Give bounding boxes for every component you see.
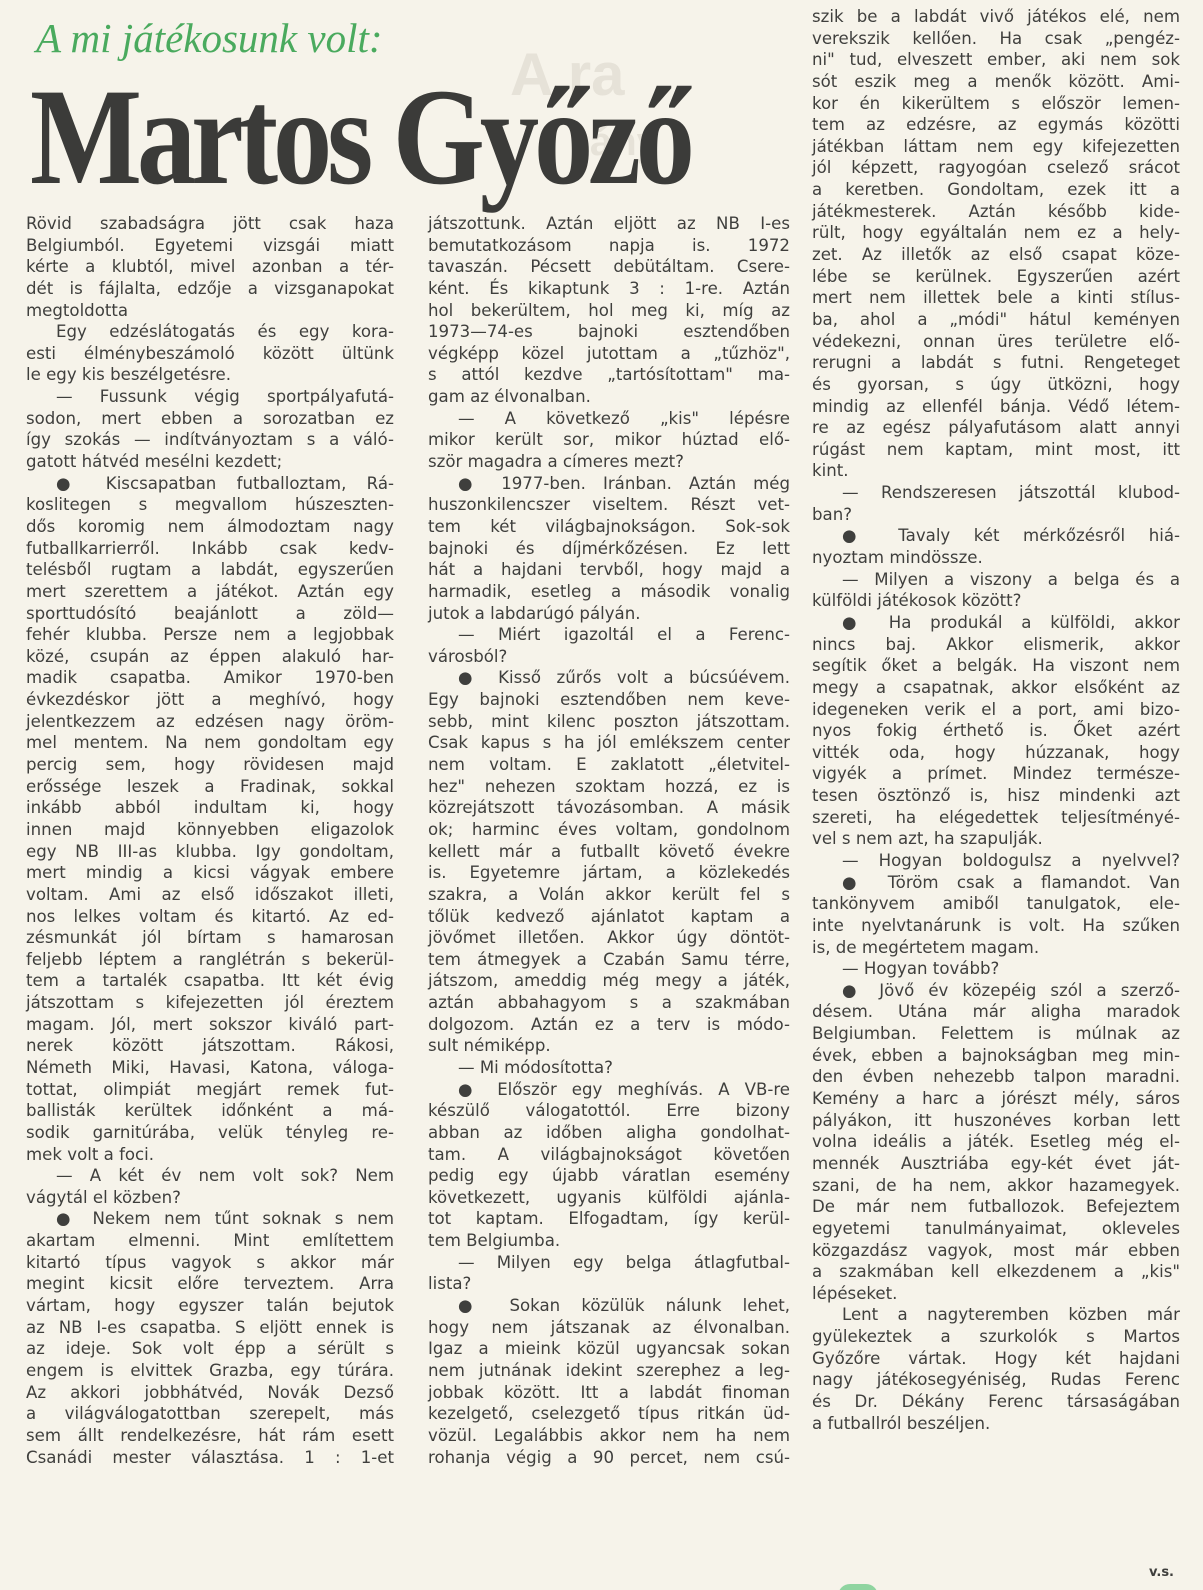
text-line: Rövid szabadságra jött csak haza (26, 213, 394, 235)
text-line: telésből rugtam a labdát, egyszerűen (26, 559, 394, 581)
text-line: játékban láttam nem egy kifejezetten (812, 136, 1180, 158)
text-line: így szokás — indítványoztam s a váló- (26, 429, 394, 451)
text-line: nincs baj. Akkor elismerik, akkor (812, 634, 1180, 656)
text-line: a szakmában kell elkezdenem a „kis" (812, 1261, 1180, 1283)
text-line: désem. Utána már aligha maradok (812, 1001, 1180, 1023)
text-line: sult némiképp. (428, 1035, 790, 1057)
text-line: ballisták kerültek időnként a má- (26, 1100, 394, 1122)
text-line: — Hogyan boldogulsz a nyelvvel? (812, 850, 1180, 872)
author-signature: v.s. (1149, 1565, 1174, 1580)
text-line: gam az élvonalban. (428, 386, 790, 408)
text-line: a futballról beszéljen. (812, 1413, 1180, 1435)
text-line: abban az időben aligha gondolhat- (428, 1122, 790, 1144)
text-line: nem voltam. E zaklatott „életvitel- (428, 754, 790, 776)
article-kicker: A mi játékosunk volt: (36, 14, 383, 62)
text-line: Győzőre vártak. Hogy két hajdani (812, 1348, 1180, 1370)
text-line: ● Először egy meghívás. A VB-re (428, 1079, 790, 1101)
text-line: magam. Jól, mert sokszor kiváló part- (26, 1014, 394, 1036)
text-line: nagy játékosegyéniség, Rudas Ferenc (812, 1369, 1180, 1391)
text-line: lista? (428, 1273, 790, 1295)
text-line: esti élménybeszámoló között ültünk (26, 343, 394, 365)
text-line: Csanádi mester választása. 1 : 1-et (26, 1447, 394, 1469)
text-line: ● Nekem nem tűnt soknak s nem (26, 1208, 394, 1230)
text-line: tem a tartalék csapatba. Itt két évig (26, 970, 394, 992)
text-line: kellett már a futballt követő évekre (428, 841, 790, 863)
text-line: tem átmegyek a Czabán Samu térre, (428, 949, 790, 971)
text-line: hát a hajdani tervből, hogy majd a (428, 559, 790, 581)
text-line: Az akkori jobbhátvéd, Novák Dezső (26, 1382, 394, 1404)
text-line: hogy nem játszanak az élvonalban. (428, 1317, 790, 1339)
text-line: dolgozom. Aztán ez a terv is módo- (428, 1014, 790, 1036)
text-line: volna ideális a játék. Esetleg még el- (812, 1131, 1180, 1153)
text-line: megtoldotta (26, 300, 394, 322)
text-line: erőssége leszek a Fradinak, sokkal (26, 776, 394, 798)
text-line: — Fussunk végig sportpályafutá- (26, 386, 394, 408)
text-line: madik csapatba. Amikor 1970-ben (26, 667, 394, 689)
text-line: mennék Ausztriába egy-két évet ját- (812, 1153, 1180, 1175)
text-line: inte nyelvtanárunk is volt. Ha szűken (812, 915, 1180, 937)
text-line: rúgást nem kaptam, mint most, itt (812, 439, 1180, 461)
text-line: játékmesterek. Aztán később kide- (812, 201, 1180, 223)
text-line: szereti, ha elégedettek teljesítményé- (812, 807, 1180, 829)
text-line: ● Kisső zűrős volt a búcsúévem. (428, 667, 790, 689)
text-line: tőlük kedvező ajánlatot kaptam a (428, 906, 790, 928)
text-line: sodik garnitúrába, velük tényleg re- (26, 1122, 394, 1144)
text-line: külföldi játékosok között? (812, 590, 1180, 612)
text-line: feljebb léptem a ranglétrán s bekerül- (26, 949, 394, 971)
text-line: megint kicsit előre terveztem. Arra (26, 1273, 394, 1295)
text-line: egy NB III-as klubba. Igy gondoltam, (26, 841, 394, 863)
text-line: mindig az ellenfél bánja. Védő létem- (812, 396, 1180, 418)
text-line: mek volt a foci. (26, 1144, 394, 1166)
text-line: harmadik, esetleg a második vonalig (428, 581, 790, 603)
text-line: és Dr. Dékány Ferenc társaságában (812, 1391, 1180, 1413)
text-line: ni" tud, elveszett ember, aki nem sok (812, 49, 1180, 71)
text-line: le egy kis beszélgetésre. (26, 364, 394, 386)
text-line: voltam. Ami az első időszakot illeti, (26, 884, 394, 906)
text-line: Egy bajnoki esztendőben nem keve- (428, 689, 790, 711)
text-line: játszottam s kifejezetten jól éreztem (26, 992, 394, 1014)
text-line: vágytál el közben? (26, 1187, 394, 1209)
text-line: szakra, a Volán akkor került fel s (428, 884, 790, 906)
article-headline: Martos Győző (30, 62, 690, 212)
text-line: vigyék a prímet. Mindez természe- (812, 763, 1180, 785)
text-line: vel s nem azt, ha szapulják. (812, 828, 1180, 850)
text-line: sporttudósító beajánlott a zöld— (26, 603, 394, 625)
text-line: a világválogatottban szerepelt, más (26, 1403, 394, 1425)
text-line: De már nem futballozok. Befejeztem (812, 1196, 1180, 1218)
text-line: városból? (428, 646, 790, 668)
text-line: védekezni, onnan üres területre elő- (812, 331, 1180, 353)
text-line: ● Sokan közülük nálunk lehet, (428, 1295, 790, 1317)
text-line: kitartó típus vagyok s akkor már (26, 1252, 394, 1274)
decorative-green-mark (838, 1584, 878, 1590)
text-line: bemutatkozásom napja is. 1972 (428, 235, 790, 257)
text-line: tem az edzésre, az egymás közötti (812, 114, 1180, 136)
text-line: ● Ha produkál a külföldi, akkor (812, 612, 1180, 634)
text-line: pedig egy újabb váratlan esemény (428, 1165, 790, 1187)
text-line: s attól kezdve „tartósítottam" ma- (428, 364, 790, 386)
article-column-3: szik be a labdát vivő játékos elé, nemve… (812, 6, 1180, 1434)
text-line: egyetemi tanulmányaimat, okleveles (812, 1218, 1180, 1240)
text-line: hol bekerültem, hol meg ki, míg az (428, 300, 790, 322)
text-line: mert szerettem a játékot. Aztán egy (26, 581, 394, 603)
text-line: jelentkezzem az edzésen nagy öröm- (26, 711, 394, 733)
text-line: ként. És kikaptunk 3 : 1-re. Aztán (428, 278, 790, 300)
text-line: jobbak között. Itt a labdát finoman (428, 1382, 790, 1404)
text-line: dét is fájlalta, edzője a vizsganapokat (26, 278, 394, 300)
text-line: végképp közel jutottam a „tűzhöz", (428, 343, 790, 365)
text-line: az ideje. Sok volt épp a sérült s (26, 1338, 394, 1360)
text-line: sem állt rendelkezésre, hát rám esett (26, 1425, 394, 1447)
text-line: dős koromig nem álmodoztam nagy (26, 516, 394, 538)
text-line: 1973—74-es bajnoki esztendőben (428, 321, 790, 343)
text-line: közrejátszott távozásomban. A másik (428, 797, 790, 819)
text-line: kérte a klubtól, mivel azonban a tér- (26, 256, 394, 278)
text-line: nyos fokig érthető is. Őket azért (812, 720, 1180, 742)
text-line: Németh Miki, Havasi, Katona, váloga- (26, 1057, 394, 1079)
text-line: tesen ösztönző is, hisz mindenki azt (812, 785, 1180, 807)
text-line: Belgiumból. Egyetemi vizsgái miatt (26, 235, 394, 257)
text-line: is. Egyetemre jártam, a közlekedés (428, 862, 790, 884)
text-line: vártam, hogy egyszer talán bejutok (26, 1295, 394, 1317)
text-line: nyoztam mindössze. (812, 547, 1180, 569)
text-line: koslitegen s megvallom húszeszten- (26, 494, 394, 516)
text-line: ● Kiscsapatban futballoztam, Rá- (26, 473, 394, 495)
text-line: aztán abbahagyom s a szakmában (428, 992, 790, 1014)
text-line: Csak kapus s ha jól emlékszem center (428, 732, 790, 754)
text-line: Lent a nagyteremben közben már (812, 1304, 1180, 1326)
text-line: — Mi módosította? (428, 1057, 790, 1079)
text-line: rerugni a labdát s futni. Rengeteget (812, 352, 1180, 374)
text-line: következett, ugyanis külföldi ajánla- (428, 1187, 790, 1209)
text-line: szik be a labdát vivő játékos elé, nem (812, 6, 1180, 28)
text-line: ● 1977-ben. Iránban. Aztán még (428, 473, 790, 495)
text-line: vitték oda, hogy húzzanak, hogy (812, 742, 1180, 764)
text-line: rült, hogy egyáltalán nem ez a hely- (812, 222, 1180, 244)
text-line: percig sem, hogy rövidesen majd (26, 754, 394, 776)
text-line: verekszik kellően. Ha csak „pengéz- (812, 28, 1180, 50)
text-line: játszottunk. Aztán eljött az NB I-es (428, 213, 790, 235)
text-line: közé, csupán az éppen alakuló har- (26, 646, 394, 668)
text-line: — Miért igazoltál el a Ferenc- (428, 624, 790, 646)
text-line: hez" nehezen szoktam hozzá, ez is (428, 776, 790, 798)
text-line: sót eszik meg a menők között. Ami- (812, 71, 1180, 93)
text-line: inkább abból indultam ki, hogy (26, 797, 394, 819)
text-line: segítik őket a belgák. Ha viszont nem (812, 655, 1180, 677)
text-line: a keretben. Gondoltam, ezek itt a (812, 179, 1180, 201)
text-line: Belgiumban. Felettem is múlnak az (812, 1023, 1180, 1045)
text-line: — A következő „kis" lépésre (428, 408, 790, 430)
article-column-1: Rövid szabadságra jött csak hazaBelgiumb… (26, 213, 394, 1468)
text-line: jövőmet illetően. Akkor úgy döntöt- (428, 927, 790, 949)
text-line: ● Töröm csak a flamandot. Van (812, 872, 1180, 894)
text-line: mikor került sor, mikor húztad elő- (428, 429, 790, 451)
text-line: pályákon, itt huszonéves korban lett (812, 1110, 1180, 1132)
article-column-2: játszottunk. Aztán eljött az NB I-esbemu… (428, 213, 790, 1468)
text-line: nos lelkes voltam és kitartó. Az ed- (26, 906, 394, 928)
text-line: mert nem illettek bele a kinti stílus- (812, 287, 1180, 309)
text-line: tot kaptam. Elfogadtam, így kerül- (428, 1208, 790, 1230)
text-line: tem Belgiumba. (428, 1230, 790, 1252)
text-line: tavaszán. Pécsett debütáltam. Csere- (428, 256, 790, 278)
text-line: futballkarrierről. Inkább csak kedv- (26, 538, 394, 560)
text-line: re az egész pályafutásom alatt annyi (812, 417, 1180, 439)
text-line: vözül. Legalábbis akkor nem ha nem (428, 1425, 790, 1447)
text-line: Kemény a harc a jórészt mély, sáros (812, 1088, 1180, 1110)
text-line: és gyorsan, s úgy ütközni, hogy (812, 374, 1180, 396)
text-line: kint. (812, 460, 1180, 482)
text-line: ● Jövő év közepéig szól a szerző- (812, 980, 1180, 1002)
text-line: ban? (812, 504, 1180, 526)
text-line: tem két világbajnokságon. Sok-sok (428, 516, 790, 538)
text-line: jutok a labdarúgó pályán. (428, 603, 790, 625)
text-line: fehér klubba. Persze nem a legjobbak (26, 624, 394, 646)
text-line: tam. A világbajnokságot követően (428, 1144, 790, 1166)
text-line: szani, de ha nem, akkor hazamegyek. (812, 1175, 1180, 1197)
text-line: zet. Az illetők az első csapat köze- (812, 244, 1180, 266)
text-line: gyülekeztek a szurkolók s Martos (812, 1326, 1180, 1348)
text-line: az NB I-es csapatba. S eljött ennek is (26, 1317, 394, 1339)
text-line: akartam elmenni. Mint említettem (26, 1230, 394, 1252)
text-line: — Milyen egy belga átlagfutbal- (428, 1252, 790, 1274)
text-line: tottat, olimpiát megjárt remek fut- (26, 1079, 394, 1101)
text-line: — Milyen a viszony a belga és a (812, 569, 1180, 591)
text-line: ● Tavaly két mérkőzésről hiá- (812, 525, 1180, 547)
text-line: megy a csapatnak, akkor elsőként az (812, 677, 1180, 699)
text-line: mel mentem. Na nem gondoltam egy (26, 732, 394, 754)
text-line: mert mindig a kicsi vágyak embere (26, 862, 394, 884)
text-line: rohanja végig a 90 percet, nem csú- (428, 1447, 790, 1469)
text-line: idegeneken verik el a port, ami bizo- (812, 699, 1180, 721)
text-line: sebb, mint kilenc poszton játszottam. (428, 711, 790, 733)
text-line: nem jutnának idekint szerephez a leg- (428, 1360, 790, 1382)
text-line: — Rendszeresen játszottál klubod- (812, 482, 1180, 504)
text-line: den évben nehezebb talpon maradni. (812, 1066, 1180, 1088)
text-line: évkezdéskor jött a meghívó, hogy (26, 689, 394, 711)
text-line: engem is elvittek Grazba, egy túrára. (26, 1360, 394, 1382)
text-line: ba, ahol a „módi" hátul keményen (812, 309, 1180, 331)
text-line: bajnoki és díjmérkőzésen. Ez lett (428, 538, 790, 560)
text-line: innen majd könnyebben eligazolok (26, 819, 394, 841)
text-line: — Hogyan tovább? (812, 958, 1180, 980)
text-line: Igaz a mieink közül ugyancsak sokan (428, 1338, 790, 1360)
text-line: nerek között játszottam. Rákosi, (26, 1035, 394, 1057)
text-line: sodon, mert ebben a sorozatban ez (26, 408, 394, 430)
text-line: huszonkilencszer viseltem. Részt vet- (428, 494, 790, 516)
text-line: kezelgető, cselezgető típus ritkán üd- (428, 1403, 790, 1425)
text-line: lépéseket. (812, 1283, 1180, 1305)
text-line: ok; harminc éves voltam, gondolnom (428, 819, 790, 841)
text-line: Egy edzéslátogatás és egy kora- (26, 321, 394, 343)
text-line: zésmunkát jól bírtam s hamarosan (26, 927, 394, 949)
text-line: tankönyvem amiből tanulgatok, ele- (812, 893, 1180, 915)
text-line: — A két év nem volt sok? Nem (26, 1165, 394, 1187)
text-line: játszom, ameddig még megy a játék, (428, 970, 790, 992)
text-line: kor én kikerültem s először lemen- (812, 93, 1180, 115)
text-line: közgazdász vagyok, most már ebben (812, 1240, 1180, 1262)
text-line: gatott hátvéd mesélni kezdett; (26, 451, 394, 473)
text-line: évek, ebben a bajnokságban meg min- (812, 1045, 1180, 1067)
text-line: lébe se kerülnek. Egyszerűen azért (812, 266, 1180, 288)
text-line: készülő válogatottól. Erre bizony (428, 1100, 790, 1122)
text-line: jól képzett, ragyogóan cselező srácot (812, 157, 1180, 179)
text-line: is, de megértetem magam. (812, 937, 1180, 959)
text-line: ször magadra a címeres mezt? (428, 451, 790, 473)
